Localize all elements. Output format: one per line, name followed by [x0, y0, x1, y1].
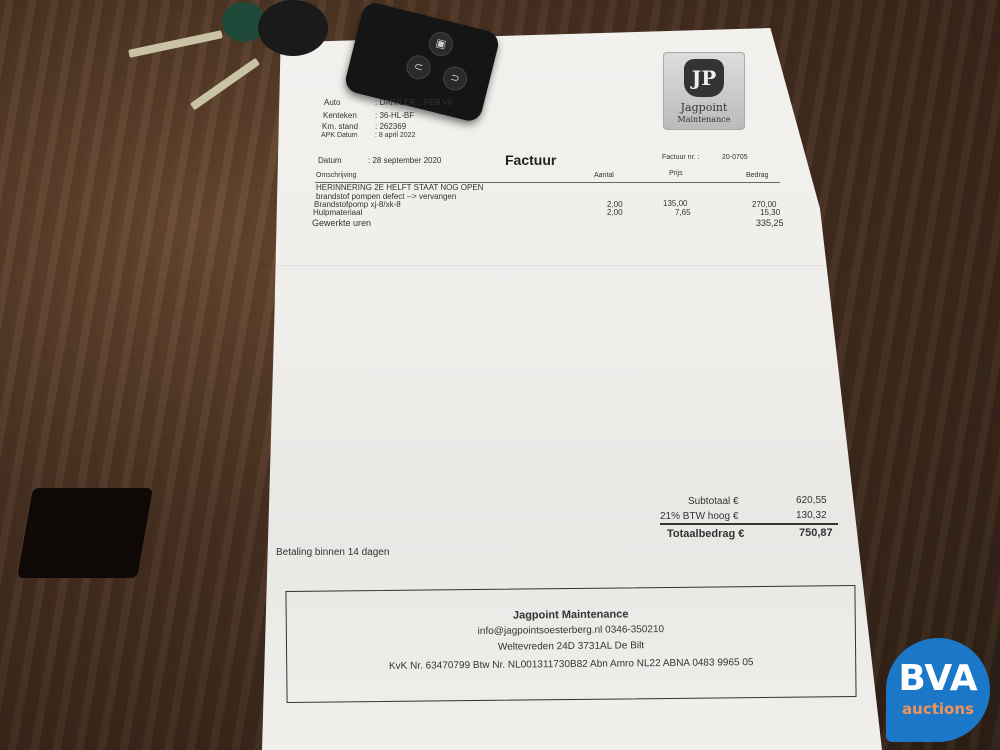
subtotal-value: 620,55	[796, 495, 827, 506]
note-reminder: HERINNERING 2E HELFT STAAT NOG OPEN	[316, 183, 483, 192]
line-bedrag: 15,30	[760, 208, 780, 217]
logo-subtitle: Maintenance	[664, 115, 744, 124]
footer-company: Jagpoint Maintenance	[287, 606, 855, 624]
factuur-nr-value: 20-0705	[722, 154, 748, 161]
total-value: 750,87	[799, 527, 833, 539]
datum-label: Datum	[318, 156, 342, 165]
apk-label: APK Datum	[321, 132, 358, 139]
logo-mark: JP	[684, 59, 724, 97]
payment-terms: Betaling binnen 14 dagen	[276, 547, 389, 558]
col-aantal: Aantal	[594, 172, 614, 179]
bva-auctions-logo: BVA auctions	[886, 638, 990, 742]
footer-contact: info@jagpointsoesterberg.nl 0346-350210	[287, 622, 855, 639]
lock-icon: ▣	[426, 29, 455, 58]
invoice-title: Factuur	[505, 152, 556, 168]
km-label: Km. stand	[322, 122, 358, 131]
table-hole	[17, 488, 153, 578]
logo-name: Jagpoint	[664, 101, 744, 114]
bva-main-text: BVA	[886, 658, 990, 699]
key-head	[258, 0, 328, 56]
col-bedrag: Bedrag	[746, 172, 769, 179]
apk-value: : 8 april 2022	[375, 132, 415, 139]
datum-value: : 28 september 2020	[368, 156, 441, 165]
company-footer: Jagpoint Maintenance info@jagpointsoeste…	[285, 585, 856, 703]
line-description: Hulpmateriaal	[313, 208, 362, 217]
footer-address: Weltevreden 24D 3731AL De Bilt	[287, 638, 855, 655]
unlock-icon: ⊂	[404, 53, 433, 82]
factuur-nr-label: Factuur nr. :	[662, 154, 699, 161]
auto-value: : DAIMLER ...PER V8	[375, 98, 452, 107]
total-label: Totaalbedrag €	[667, 528, 744, 540]
col-prijs: Prijs	[669, 170, 683, 177]
footer-registration: KvK Nr. 63470799 Btw Nr. NL001311730B82 …	[287, 656, 855, 673]
paper-fold	[262, 265, 862, 266]
subtotal-label: Subtotaal €	[688, 496, 739, 507]
line-prijs: 135,00	[663, 199, 687, 208]
totals-rule	[660, 523, 838, 525]
company-logo: JP Jagpoint Maintenance	[663, 52, 745, 130]
kenteken-value: : 36-HL-BF	[375, 111, 414, 120]
vat-value: 130,32	[796, 510, 827, 521]
line-description: Gewerkte uren	[312, 218, 371, 228]
line-prijs: 7,65	[675, 208, 691, 217]
auto-label: Auto	[324, 98, 340, 107]
kenteken-label: Kenteken	[323, 111, 357, 120]
col-omschrijving: Omschrijving	[316, 172, 356, 179]
km-value: : 262369	[375, 122, 406, 131]
vat-label: 21% BTW hoog €	[660, 511, 738, 522]
bva-sub-text: auctions	[886, 700, 990, 718]
line-aantal: 2,00	[607, 208, 623, 217]
line-bedrag: 335,25	[756, 218, 784, 228]
trunk-icon: ⊃	[440, 64, 469, 93]
